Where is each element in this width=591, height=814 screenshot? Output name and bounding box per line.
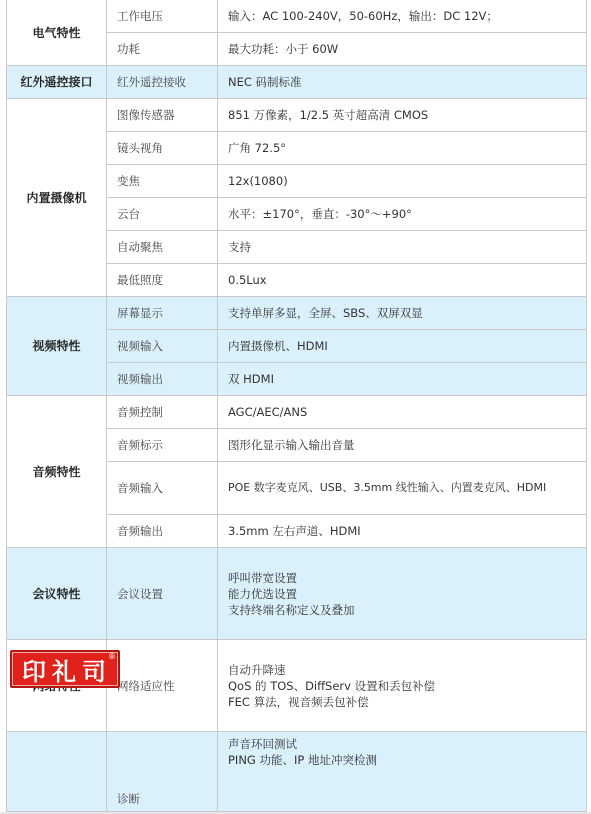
table-row: 诊断 声音环回测试 PING 功能、IP 地址冲突检测 — [7, 732, 587, 812]
spec-label: 视频输出 — [107, 363, 218, 396]
spec-value: NEC 码制标准 — [218, 66, 587, 99]
spec-value: 支持 — [218, 231, 587, 264]
table-row: 视频特性 屏幕显示 支持单屏多显，全屏、SBS、双屏双显 — [7, 297, 587, 330]
table-row: 电气特性 工作电压 输入：AC 100-240V，50-60Hz，输出：DC 1… — [7, 0, 587, 33]
spec-label: 变焦 — [107, 165, 218, 198]
table-row: 会议特性 会议设置 呼叫带宽设置 能力优选设置 支持终端名称定义及叠加 — [7, 548, 587, 640]
table-row: 内置摄像机 图像传感器 851 万像素，1/2.5 英寸超高清 CMOS — [7, 99, 587, 132]
spec-value-line: 支持终端名称定义及叠加 — [228, 602, 576, 618]
spec-value-line: PING 功能、IP 地址冲突检测 — [228, 752, 576, 768]
spec-value: 内置摄像机、HDMI — [218, 330, 587, 363]
category-electrical: 电气特性 — [7, 0, 107, 66]
watermark-logo: 印礼司 ® — [10, 650, 120, 688]
category-video: 视频特性 — [7, 297, 107, 396]
category-ir: 红外遥控接口 — [7, 66, 107, 99]
category-conference: 会议特性 — [7, 548, 107, 640]
spec-label: 功耗 — [107, 33, 218, 66]
spec-value: 851 万像素，1/2.5 英寸超高清 CMOS — [218, 99, 587, 132]
spec-value: 水平：±170°，垂直：-30°～+90° — [218, 198, 587, 231]
spec-label: 会议设置 — [107, 548, 218, 640]
spec-value: 3.5mm 左右声道、HDMI — [218, 515, 587, 548]
spec-value-line: FEC 算法，视音频丢包补偿 — [228, 694, 576, 710]
registered-mark-icon: ® — [108, 652, 116, 661]
spec-label: 网络适应性 — [107, 640, 218, 732]
spec-value-line: 自动升降速 — [228, 662, 576, 678]
spec-label: 工作电压 — [107, 0, 218, 33]
spec-label: 音频输出 — [107, 515, 218, 548]
category-diagnostics — [7, 732, 107, 812]
spec-value-line: 声音环回测试 — [228, 736, 576, 752]
spec-label: 音频控制 — [107, 396, 218, 429]
spec-value: 0.5Lux — [218, 264, 587, 297]
watermark-text: 印礼司 — [22, 652, 112, 687]
spec-value: AGC/AEC/ANS — [218, 396, 587, 429]
spec-value: 双 HDMI — [218, 363, 587, 396]
category-audio: 音频特性 — [7, 396, 107, 548]
spec-label: 镜头视角 — [107, 132, 218, 165]
spec-label: 云台 — [107, 198, 218, 231]
spec-value-list: 呼叫带宽设置 能力优选设置 支持终端名称定义及叠加 — [218, 548, 587, 640]
spec-value-list: 声音环回测试 PING 功能、IP 地址冲突检测 — [218, 732, 587, 812]
spec-label: 自动聚焦 — [107, 231, 218, 264]
spec-label: 诊断 — [107, 732, 218, 812]
category-camera: 内置摄像机 — [7, 99, 107, 297]
spec-value: 支持单屏多显，全屏、SBS、双屏双显 — [218, 297, 587, 330]
spec-label: 音频标示 — [107, 429, 218, 462]
spec-label: 红外遥控接收 — [107, 66, 218, 99]
spec-value: 图形化显示输入输出音量 — [218, 429, 587, 462]
spec-value: 12x(1080) — [218, 165, 587, 198]
spec-label: 最低照度 — [107, 264, 218, 297]
spec-value: POE 数字麦克风、USB、3.5mm 线性输入、内置麦克风、HDMI — [218, 462, 587, 515]
spec-value: 广角 72.5° — [218, 132, 587, 165]
spec-label: 视频输入 — [107, 330, 218, 363]
spec-value-line: 能力优选设置 — [228, 586, 576, 602]
spec-label: 屏幕显示 — [107, 297, 218, 330]
spec-label: 图像传感器 — [107, 99, 218, 132]
spec-table: 电气特性 工作电压 输入：AC 100-240V，50-60Hz，输出：DC 1… — [6, 0, 587, 812]
table-row: 红外遥控接口 红外遥控接收 NEC 码制标准 — [7, 66, 587, 99]
spec-label: 音频输入 — [107, 462, 218, 515]
spec-value-line: 呼叫带宽设置 — [228, 570, 576, 586]
spec-value-list: 自动升降速 QoS 的 TOS、DiffServ 设置和丢包补偿 FEC 算法，… — [218, 640, 587, 732]
table-row: 音频特性 音频控制 AGC/AEC/ANS — [7, 396, 587, 429]
spec-value: 最大功耗：小于 60W — [218, 33, 587, 66]
spec-value: 输入：AC 100-240V，50-60Hz，输出：DC 12V； — [218, 0, 587, 33]
spec-value-line: QoS 的 TOS、DiffServ 设置和丢包补偿 — [228, 678, 576, 694]
